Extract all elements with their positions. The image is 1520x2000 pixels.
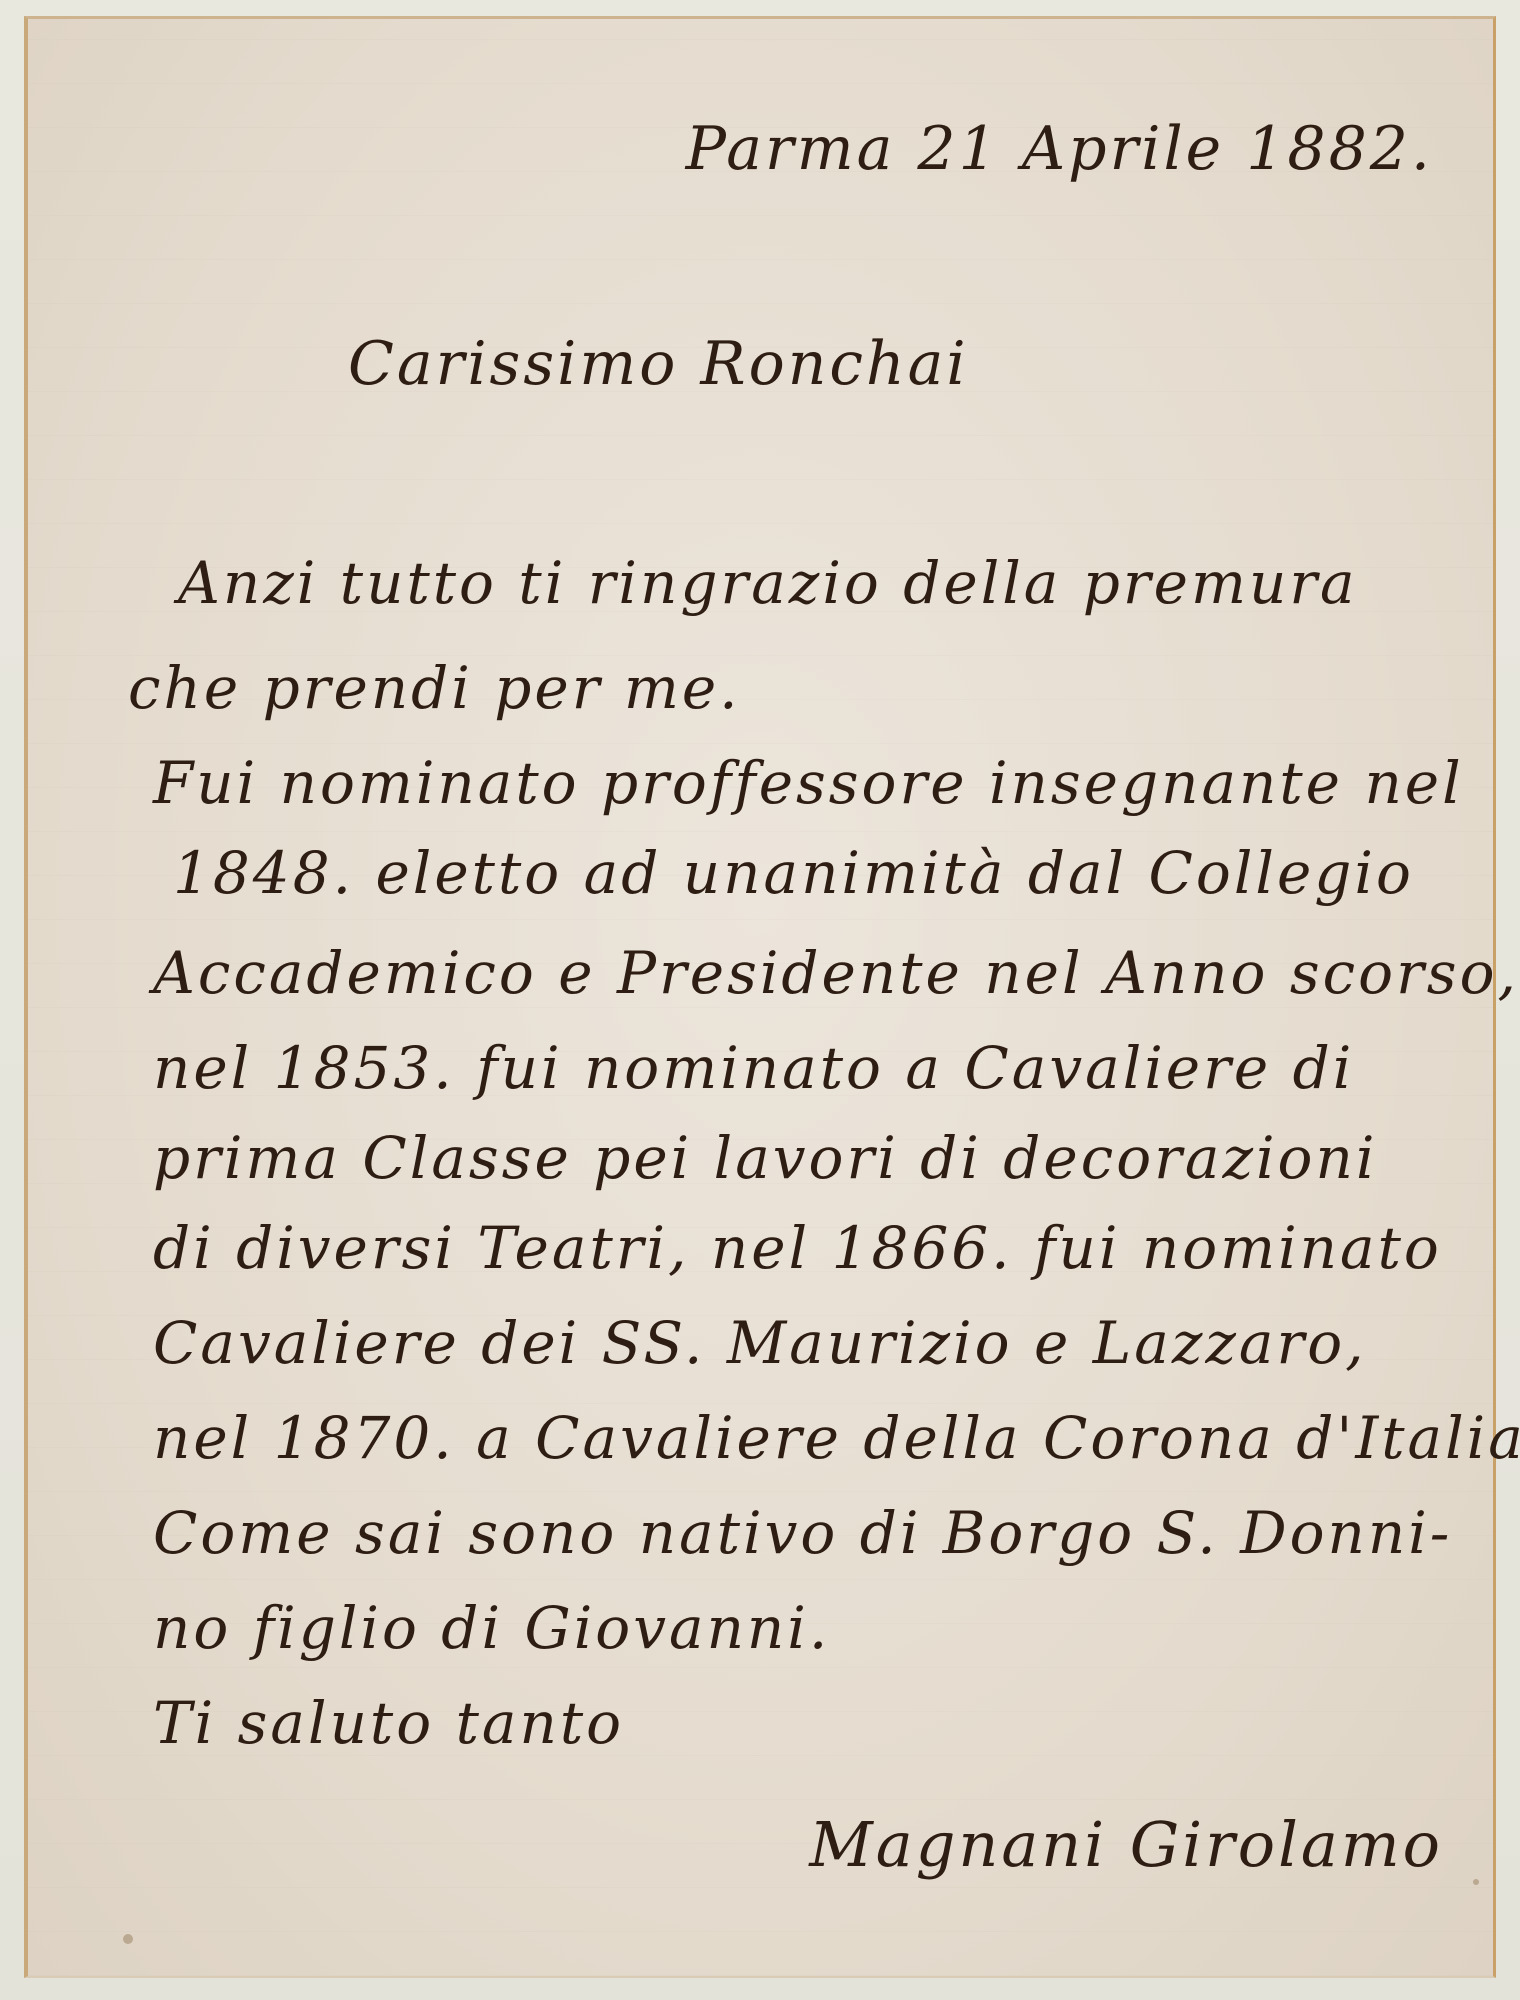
letter-line: Fui nominato proffessore insegnante nel <box>153 754 1464 812</box>
letter-line: Anzi tutto ti ringrazio della premura <box>178 554 1358 612</box>
letter-signature: Magnani Girolamo <box>809 1814 1443 1876</box>
letter-line: nel 1870. a Cavaliere della Corona d'Ita… <box>153 1409 1520 1467</box>
paper-stain <box>123 1934 133 1944</box>
letter-line: no figlio di Giovanni. <box>153 1599 830 1657</box>
letter-line: Cavaliere dei SS. Maurizio e Lazzaro, <box>153 1314 1367 1372</box>
letter-line: nel 1853. fui nominato a Cavaliere di <box>153 1039 1354 1097</box>
letter-place-date: Parma 21 Aprile 1882. <box>686 119 1433 179</box>
paper-stain <box>1473 1879 1479 1885</box>
letter-line: di diversi Teatri, nel 1866. fui nominat… <box>153 1219 1442 1277</box>
letter-salutation: Carissimo Ronchai <box>348 334 969 394</box>
letter-line: Accademico e Presidente nel Anno scorso, <box>153 944 1519 1002</box>
letter-sheet: Parma 21 Aprile 1882. Carissimo Ronchai … <box>24 16 1496 1978</box>
letter-line: 1848. eletto ad unanimità dal Collegio <box>173 844 1414 902</box>
mat-background: Parma 21 Aprile 1882. Carissimo Ronchai … <box>0 0 1520 2000</box>
letter-line: prima Classe pei lavori di decorazioni <box>153 1129 1377 1187</box>
letter-line: Ti saluto tanto <box>153 1694 624 1752</box>
letter-line: che prendi per me. <box>128 659 741 717</box>
letter-line: Come sai sono nativo di Borgo S. Donni- <box>153 1504 1452 1562</box>
